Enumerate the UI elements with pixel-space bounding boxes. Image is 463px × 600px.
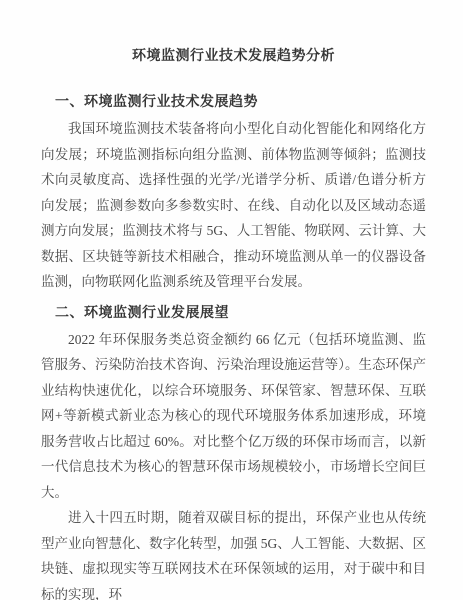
section-2-heading: 二、环境监测行业发展展望 — [41, 301, 426, 327]
section-1-paragraph-1: 我国环境监测技术装备将向小型化自动化智能化和网络化方向发展；环境监测指标向组分监… — [41, 116, 426, 295]
document-title: 环境监测行业技术发展趋势分析 — [41, 44, 426, 70]
section-2-paragraph-1: 2022 年环保服务类总资金额约 66 亿元（包括环境监测、监管服务、污染防治技… — [41, 327, 426, 506]
section-1-heading: 一、环境监测行业技术发展趋势 — [41, 90, 426, 116]
document-page: 环境监测行业技术发展趋势分析 一、环境监测行业技术发展趋势 我国环境监测技术装备… — [0, 0, 463, 600]
section-2-paragraph-2: 进入十四五时期，随着双碳目标的提出，环保产业也从传统型产业向智慧化、数字化转型，… — [41, 505, 426, 600]
